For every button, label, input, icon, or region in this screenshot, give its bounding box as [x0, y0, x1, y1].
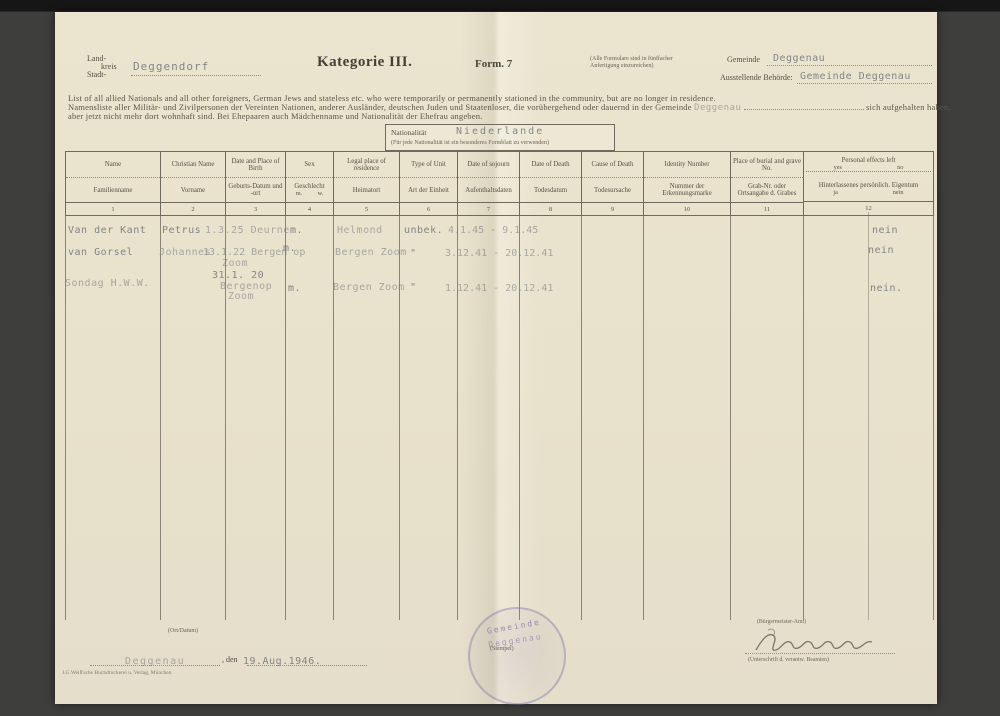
- intro-de-text2: sich aufgehalten haben,: [866, 102, 951, 112]
- row1-home: Helmond: [337, 225, 383, 236]
- signature-top-label: (Bürgermeister-Amt): [757, 619, 806, 625]
- table-header: Name Familienname 1 Christian Name Vorna…: [65, 151, 934, 216]
- intro-fill-line: [744, 109, 864, 110]
- table-rule: [399, 212, 400, 620]
- row3-birth3: Zoom: [228, 291, 254, 302]
- handwritten-signature: [750, 626, 890, 656]
- date-value: 19.Aug.1946.: [243, 656, 321, 667]
- col-header-name: Name Familienname 1: [66, 152, 161, 215]
- gemeinde-label: Gemeinde: [727, 55, 760, 64]
- row1-sex: m.: [290, 225, 303, 236]
- stadt-label: Stadt-: [87, 71, 117, 79]
- kreis-label-block: Land- kreis Stadt-: [87, 55, 117, 79]
- scanned-document-screenshot: { "header": { "kreis_label_land": "Land-…: [0, 0, 1000, 716]
- row3-name: Sondag H.W.W.: [65, 278, 150, 289]
- row3-home: Bergen Zoom: [333, 282, 405, 293]
- table-rule: [285, 212, 286, 620]
- row1-first: Petrus: [162, 225, 201, 236]
- behoerde-label: Ausstellende Behörde:: [720, 73, 793, 82]
- round-gemeinde-stamp: Gemeinde Deggenau: [463, 602, 571, 710]
- table-rule: [933, 212, 934, 620]
- copies-note-line1: (Alle Formulare sind in fünffacher: [590, 56, 673, 63]
- nationality-value: Niederlande: [456, 126, 544, 137]
- row3-sojourn: 1.12.41 - 20.12.41: [445, 283, 553, 294]
- table-rule: [457, 212, 458, 620]
- table-rule: [519, 212, 520, 620]
- row3-sex: m.: [288, 283, 301, 294]
- place-value: Deggenau: [125, 656, 185, 667]
- col-header-birth: Date and Place of Birth Geburts-Datum un…: [226, 152, 286, 215]
- intro-line-de2: aber jetzt nicht mehr dort wohnhaft sind…: [68, 112, 483, 121]
- col-header-unit: Type of Unit Art der Einheit 6: [400, 152, 458, 215]
- behoerde-fill-line: [797, 83, 932, 84]
- table-rule: [65, 212, 66, 620]
- row2-home: Bergen Zoom: [335, 247, 407, 258]
- row1-name: Van der Kant: [68, 225, 146, 236]
- nationality-box: Nationalität Niederlande (Für jede Natio…: [385, 124, 615, 151]
- row2-sex: m.: [283, 243, 296, 254]
- col-header-grave: Place of burial and grave No. Grab-Nr. o…: [731, 152, 804, 215]
- stempel-label: (Stempel): [490, 646, 514, 652]
- scanned-form-page: Land- kreis Stadt- Deggendorf Kategorie …: [55, 12, 937, 704]
- copies-note: (Alle Formulare sind in fünffacher Anfer…: [590, 56, 673, 69]
- nationality-label: Nationalität: [391, 128, 426, 137]
- nationality-note: (Für jede Nationalität ist ein besondere…: [391, 140, 549, 146]
- ort-datum-label: (Ort/Datum): [168, 628, 198, 634]
- row2-birth2: Zoom: [222, 258, 248, 269]
- row1-unit: unbek.: [404, 225, 443, 236]
- table-rule: [581, 212, 582, 620]
- gemeinde-value: Deggenau: [773, 53, 825, 64]
- col-header-sex: Sex Geschlecht m. w. 4: [286, 152, 334, 215]
- row3-unit: ": [410, 282, 417, 293]
- intro-de-gemeinde-value: Deggenau: [694, 103, 741, 113]
- den-label: , den: [222, 655, 238, 664]
- signature-bottom-label: (Unterschrift d. verantw. Beamten): [748, 657, 829, 663]
- form-number: Form. 7: [475, 58, 512, 70]
- col-header-death-cause: Cause of Death Todesursache 9: [582, 152, 644, 215]
- row3-effects: nein.: [870, 283, 903, 294]
- row2-effects: nein: [868, 245, 894, 256]
- row2-name: van Gorsel: [68, 247, 133, 258]
- copies-note-line2: Anfertigung einzureichen): [590, 63, 673, 70]
- col-header-sojourn: Date of sojourn Aufenthaltsdaten 7: [458, 152, 520, 215]
- kreis-fill-line: [131, 75, 261, 76]
- table-rule: [643, 212, 644, 620]
- row1-birth: 1.3.25 Deurne: [205, 225, 290, 236]
- col-header-christian-name: Christian Name Vorname 2: [161, 152, 226, 215]
- row1-sojourn: 4.1.45 - 9.1.45: [448, 225, 538, 236]
- kreis-value: Deggendorf: [133, 60, 209, 73]
- table-rule: [730, 212, 731, 620]
- col-header-effects: Personal effects left yes no Hinterlasse…: [804, 152, 934, 215]
- row2-unit: ": [410, 248, 417, 259]
- col-header-residence: Legal place of residence Heimatort 5: [334, 152, 400, 215]
- row2-sojourn: 3.12.41 - 20.12.41: [445, 248, 553, 259]
- gemeinde-fill-line: [767, 65, 932, 66]
- printer-imprint: J.G.Weiß'sche Buchdruckerei u. Verlag, M…: [62, 670, 172, 676]
- signature-line: [745, 653, 895, 654]
- table-rule: [160, 212, 161, 620]
- row3-birth: 31.1. 20: [212, 270, 264, 281]
- table-rule: [803, 212, 804, 620]
- col-header-identity: Identity Number Nummer der Erkennungsmar…: [644, 152, 731, 215]
- table-rule-effects-divider: [868, 212, 869, 620]
- table-rule: [333, 212, 334, 620]
- page-title: Kategorie III.: [317, 54, 412, 71]
- behoerde-value: Gemeinde Deggenau: [800, 71, 911, 82]
- row1-effects: nein: [872, 225, 898, 236]
- col-header-death-date: Date of Death Todesdatum 8: [520, 152, 582, 215]
